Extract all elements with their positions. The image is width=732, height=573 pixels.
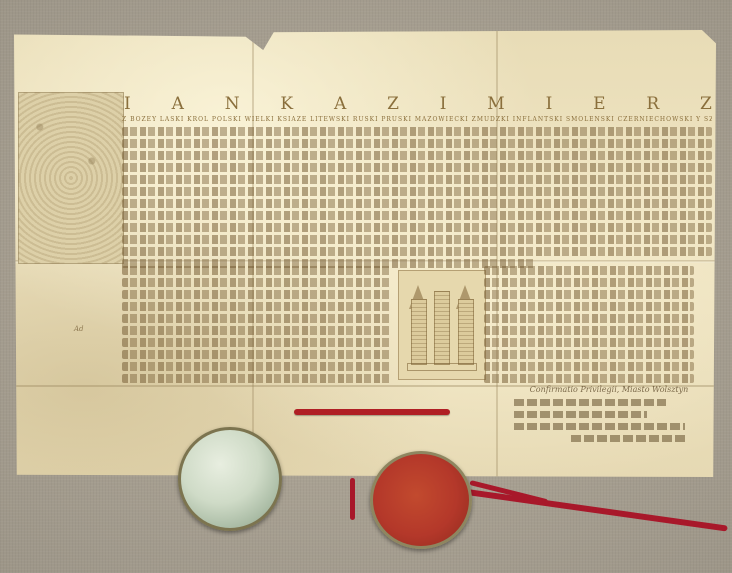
heading-letter: A xyxy=(172,94,186,114)
heading-letter: A xyxy=(334,94,348,114)
charter-text-top: Z BOZEY LASKI KROL POLSKI WIELKI KSIAZE … xyxy=(122,116,712,271)
heading-letter: Z xyxy=(387,94,401,114)
heading-letter: E xyxy=(593,94,607,114)
red-cord-left-loop xyxy=(350,478,355,520)
heading-letter: R xyxy=(646,94,661,114)
green-seal xyxy=(178,427,282,531)
heading-letter: I xyxy=(124,94,133,114)
title-line: Z BOZEY LASKI KROL POLSKI WIELKI KSIAZE … xyxy=(122,116,712,123)
heading-letter: I xyxy=(546,94,555,114)
illuminated-ornament-panel xyxy=(18,92,124,264)
heading-letter: N xyxy=(225,94,242,114)
red-cord-right-tail xyxy=(460,488,728,532)
heading-letter: I xyxy=(440,94,449,114)
heading-letter: K xyxy=(280,94,295,114)
tower-building-illustration xyxy=(398,270,486,380)
red-cord-through-plica xyxy=(294,409,450,415)
heading-letter: M xyxy=(487,94,506,114)
signature-block-title: Confirmatio Privilegii, Miasto Wolsztyn xyxy=(514,385,704,394)
marginal-note: Ad xyxy=(74,325,84,333)
signature-block: Confirmatio Privilegii, Miasto Wolsztyn xyxy=(514,385,704,447)
heading-letter: Z xyxy=(700,94,714,114)
charter-text-middle-right xyxy=(484,266,694,386)
red-wax-seal xyxy=(370,451,472,549)
charter-text-middle-left xyxy=(122,266,392,386)
document-heading: I A N K A Z I M I E R Z xyxy=(124,94,714,114)
